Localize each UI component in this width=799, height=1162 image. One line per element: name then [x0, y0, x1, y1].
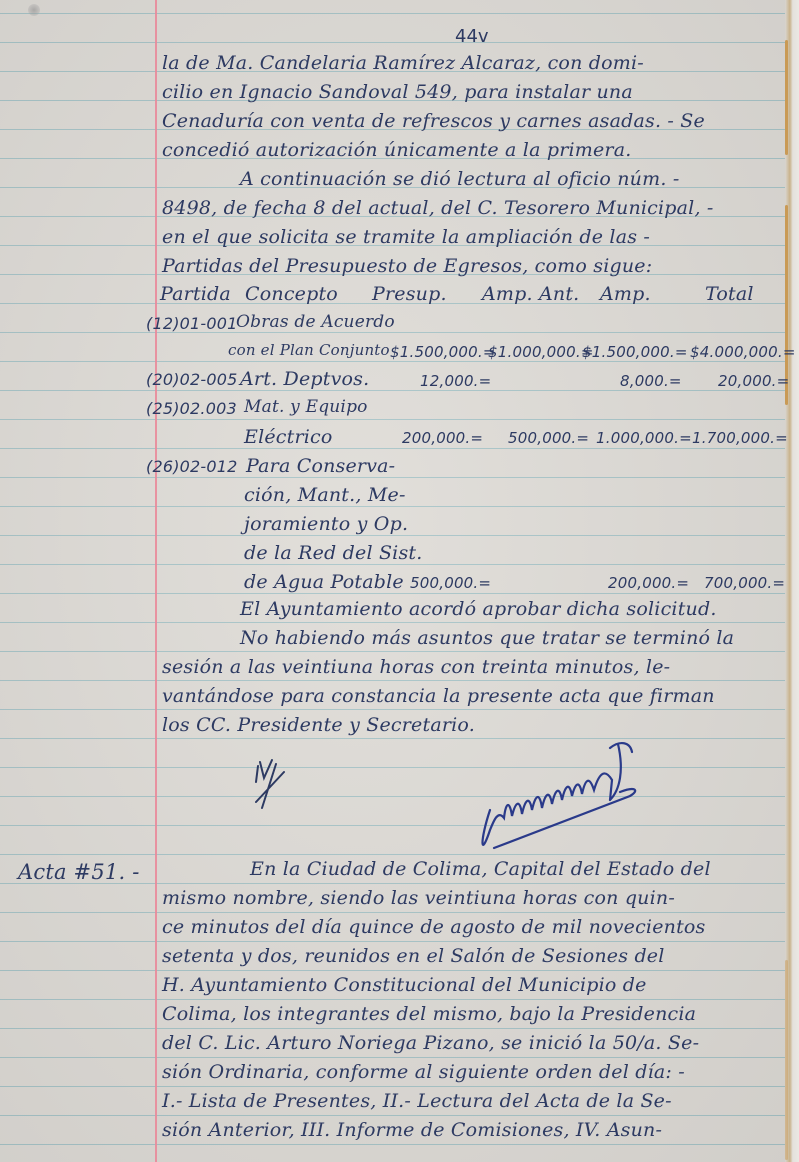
text-line: En la Ciudad de Colima, Capital del Esta…: [250, 858, 711, 880]
presup-cell: 12,000.=: [420, 372, 491, 390]
text-line: Colima, los integrantes del mismo, bajo …: [162, 1003, 696, 1025]
ledger-page: 44v la de Ma. Candelaria Ramírez Alcaraz…: [0, 0, 799, 1162]
text-line: El Ayuntamiento acordó aprobar dicha sol…: [240, 598, 717, 620]
total-cell: 20,000.=: [718, 372, 789, 390]
concepto-cell: ción, Mant., Me-: [244, 484, 406, 506]
acta-label: Acta #51. -: [18, 860, 140, 884]
partida-cell: (20)02-005: [146, 370, 238, 389]
text-line: I.- Lista de Presentes, II.- Lectura del…: [162, 1090, 672, 1112]
text-line: H. Ayuntamiento Constitucional del Munic…: [162, 974, 647, 996]
text-line: los CC. Presidente y Secretario.: [162, 714, 475, 736]
paper-blemish: [28, 4, 40, 16]
text-line: concedió autorización únicamente a la pr…: [162, 139, 631, 161]
amp-ant-cell: $1.000,000.=: [488, 343, 594, 361]
concepto-cell: Eléctrico: [244, 426, 333, 448]
red-margin-line: [155, 0, 157, 1162]
text-line: del C. Lic. Arturo Noriega Pizano, se in…: [162, 1032, 699, 1054]
presup-cell: 200,000.=: [402, 429, 483, 447]
column-header-total: Total: [705, 283, 754, 305]
column-header-presup: Presup.: [372, 283, 447, 305]
text-line: vantándose para constancia la presente a…: [162, 685, 715, 707]
concepto-cell: Art. Deptvos.: [240, 368, 369, 390]
concepto-cell: de Agua Potable: [244, 571, 404, 593]
column-header-amp: Amp.: [600, 283, 651, 305]
text-line: ce minutos del día quince de agosto de m…: [162, 916, 706, 938]
concepto-cell: joramiento y Op.: [244, 513, 408, 535]
partida-cell: (25)02.003: [146, 399, 237, 418]
text-line: sión Anterior, III. Informe de Comisione…: [162, 1119, 662, 1141]
concepto-cell: Obras de Acuerdo: [236, 312, 395, 332]
total-cell: 1.700,000.=: [692, 429, 788, 447]
amp-ant-cell: 500,000.=: [508, 429, 589, 447]
amp-cell: 8,000.=: [620, 372, 682, 390]
text-line: sesión a las veintiuna horas con treinta…: [162, 656, 670, 678]
total-cell: 700,000.=: [704, 574, 785, 592]
binding-strip: [785, 40, 788, 155]
amp-cell: $1.500,000.=: [582, 343, 688, 361]
amp-cell: 1.000,000.=: [596, 429, 692, 447]
concepto-cell: Mat. y Equipo: [244, 397, 368, 417]
amp-cell: 200,000.=: [608, 574, 689, 592]
text-line: cilio en Ignacio Sandoval 549, para inst…: [162, 81, 633, 103]
concepto-cell: de la Red del Sist.: [244, 542, 422, 564]
text-line: en el que solicita se tramite la ampliac…: [162, 226, 650, 248]
text-line: mismo nombre, siendo las veintiuna horas…: [162, 887, 675, 909]
text-line: Partidas del Presupuesto de Egresos, com…: [162, 255, 652, 277]
page-number: 44v: [455, 26, 489, 47]
text-line: Cenaduría con venta de refrescos y carne…: [162, 110, 705, 132]
text-line: la de Ma. Candelaria Ramírez Alcaraz, co…: [162, 52, 644, 74]
text-line: sión Ordinaria, conforme al siguiente or…: [162, 1061, 685, 1083]
partida-cell: (26)02-012: [146, 457, 238, 476]
concepto-cell: con el Plan Conjunto: [228, 341, 390, 359]
column-header-concepto: Concepto: [245, 283, 338, 305]
column-header-partida: Partida: [160, 283, 231, 305]
president-signature: [470, 730, 640, 850]
total-cell: $4.000,000.=: [690, 343, 796, 361]
concepto-cell: Para Conserva-: [246, 455, 395, 477]
text-line: setenta y dos, reunidos en el Salón de S…: [162, 945, 665, 967]
partida-cell: (12)01-001: [146, 314, 238, 333]
presup-cell: $1.500,000.=: [390, 343, 496, 361]
text-line: No habiendo más asuntos que tratar se te…: [240, 627, 734, 649]
presup-cell: 500,000.=: [410, 574, 491, 592]
initials-signature: [250, 752, 310, 812]
binding-strip: [785, 960, 788, 1160]
text-line: 8498, de fecha 8 del actual, del C. Teso…: [162, 197, 714, 219]
column-header-amp-ant: Amp. Ant.: [482, 283, 579, 305]
text-line: A continuación se dió lectura al oficio …: [240, 168, 679, 190]
